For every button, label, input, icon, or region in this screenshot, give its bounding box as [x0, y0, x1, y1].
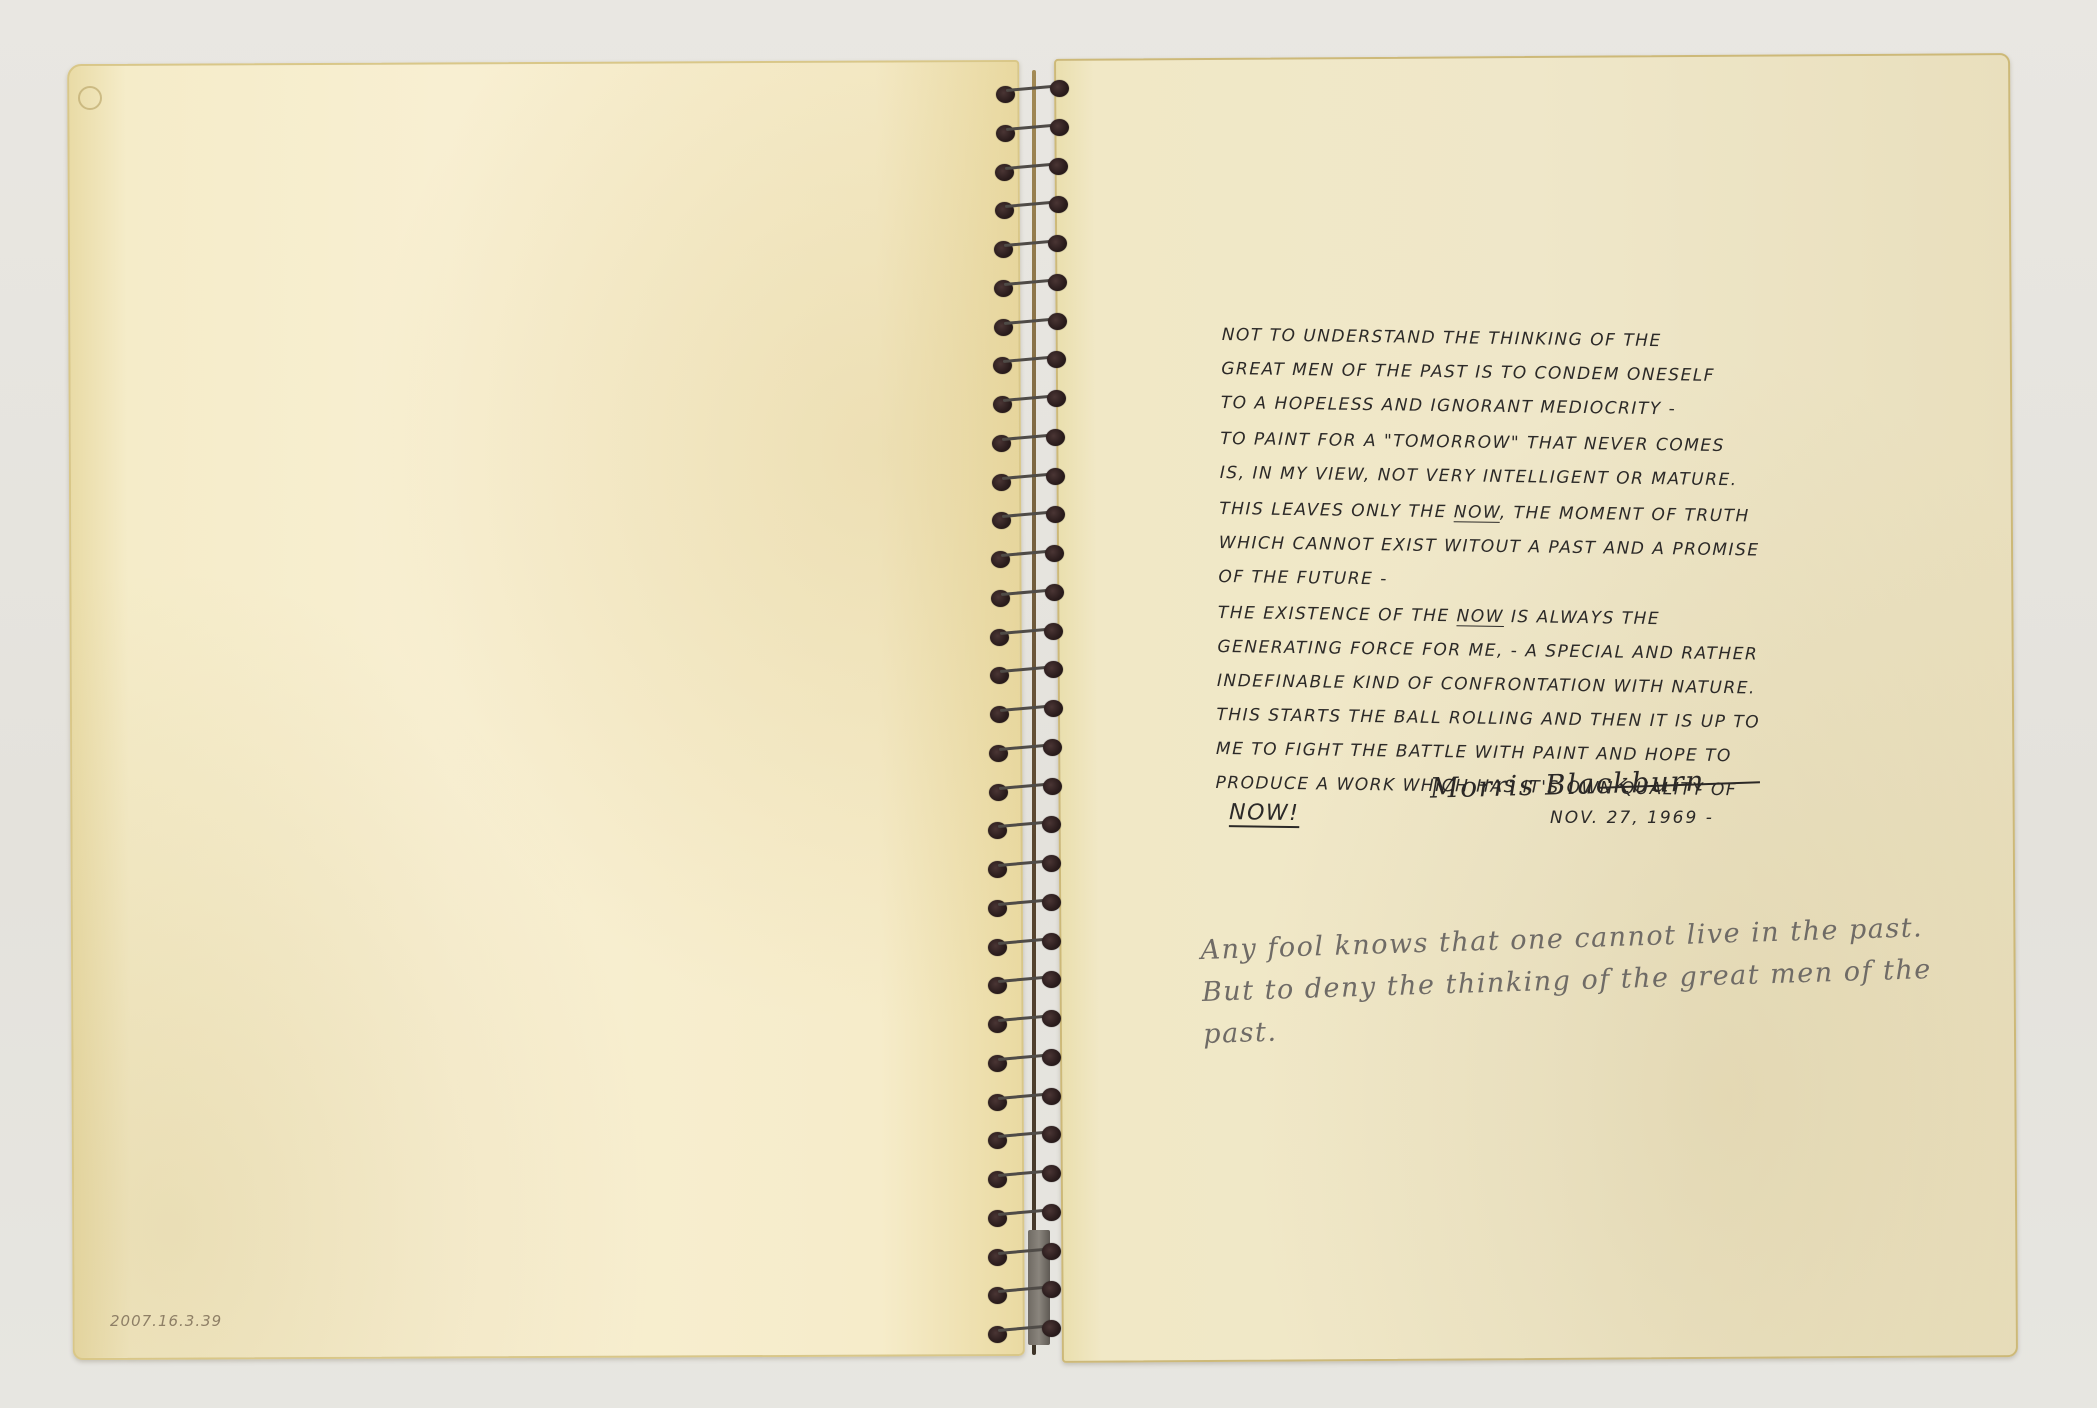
- punch-hole: [1046, 468, 1065, 485]
- punch-hole: [1042, 933, 1061, 950]
- accession-number: 2007.16.3.39: [110, 1312, 222, 1330]
- spiral-loop: [986, 468, 1076, 492]
- punch-hole: [1046, 429, 1065, 446]
- spiral-loop: [982, 1126, 1072, 1150]
- spiral-loop: [985, 584, 1075, 608]
- spiral-loop: [982, 1049, 1072, 1073]
- punch-hole: [1042, 1010, 1061, 1027]
- punch-hole: [1042, 1126, 1061, 1143]
- punch-hole: [1042, 1165, 1061, 1182]
- punch-hole: [1042, 971, 1061, 988]
- punch-hole: [1042, 1049, 1061, 1066]
- spiral-loop: [982, 1088, 1072, 1112]
- spiral-loop: [982, 1204, 1072, 1228]
- punch-hole: [1042, 855, 1061, 872]
- punch-hole: [1044, 623, 1063, 640]
- spiral-loop: [986, 506, 1076, 530]
- spiral-loop: [982, 971, 1072, 995]
- spiral-loop: [989, 196, 1079, 220]
- punch-hole: [1042, 1204, 1061, 1221]
- punch-hole: [1048, 235, 1067, 252]
- spiral-loop: [990, 119, 1080, 143]
- spiral-loop: [982, 1243, 1072, 1267]
- spiral-loop: [984, 623, 1074, 647]
- spiral-loop: [982, 894, 1072, 918]
- spiral-loop: [990, 80, 1080, 104]
- spiral-loop: [985, 545, 1075, 569]
- spiral-loop: [988, 235, 1078, 259]
- spiral-loop: [982, 933, 1072, 957]
- punch-hole: [1049, 196, 1068, 213]
- signature-date: NOV. 27, 1969 -: [1550, 808, 1714, 828]
- spiral-loop: [982, 816, 1072, 840]
- punch-hole: [1046, 506, 1065, 523]
- spiral-loop: [982, 855, 1072, 879]
- spiral-loop: [984, 700, 1074, 724]
- spiral-loop: [987, 390, 1077, 414]
- spiral-loop: [988, 274, 1078, 298]
- statement-final-word: NOW!: [1229, 800, 1300, 826]
- punch-hole: [1043, 778, 1062, 795]
- left-page: [67, 60, 1025, 1360]
- punch-hole: [1048, 313, 1067, 330]
- spiral-loop: [983, 778, 1073, 802]
- spiral-loop: [983, 739, 1073, 763]
- spiral-loop: [989, 158, 1079, 182]
- punch-hole: [1044, 661, 1063, 678]
- corner-stain: [78, 86, 102, 110]
- punch-hole: [1048, 274, 1067, 291]
- punch-hole: [1043, 739, 1062, 756]
- spiral-loop: [984, 661, 1074, 685]
- spiral-binding: [990, 80, 1080, 1350]
- spiral-loop: [982, 1010, 1072, 1034]
- punch-hole: [1050, 80, 1069, 97]
- pencil-annotation: Any fool knows that one cannot live in t…: [1200, 907, 1934, 1056]
- punch-hole: [1045, 545, 1064, 562]
- punch-hole: [1042, 816, 1061, 833]
- spiral-loop: [986, 429, 1076, 453]
- punch-hole: [1042, 894, 1061, 911]
- spiral-loop: [988, 313, 1078, 337]
- emphasized-word: NOW: [1456, 606, 1504, 627]
- spiral-loop: [982, 1165, 1072, 1189]
- spiral-loop: [982, 1320, 1072, 1344]
- emphasized-word: NOW: [1454, 502, 1500, 523]
- spiral-loop: [987, 351, 1077, 375]
- punch-hole: [1042, 1243, 1061, 1260]
- punch-hole: [1049, 158, 1068, 175]
- punch-hole: [1047, 351, 1066, 368]
- punch-hole: [1047, 390, 1066, 407]
- artist-statement: NOT TO UNDERSTAND THE THINKING OF THE GR…: [1215, 318, 1882, 834]
- spiral-loop: [982, 1281, 1072, 1305]
- punch-hole: [1045, 584, 1064, 601]
- punch-hole: [1042, 1320, 1061, 1337]
- punch-hole: [1050, 119, 1069, 136]
- punch-hole: [1042, 1088, 1061, 1105]
- punch-hole: [1042, 1281, 1061, 1298]
- punch-hole: [1044, 700, 1063, 717]
